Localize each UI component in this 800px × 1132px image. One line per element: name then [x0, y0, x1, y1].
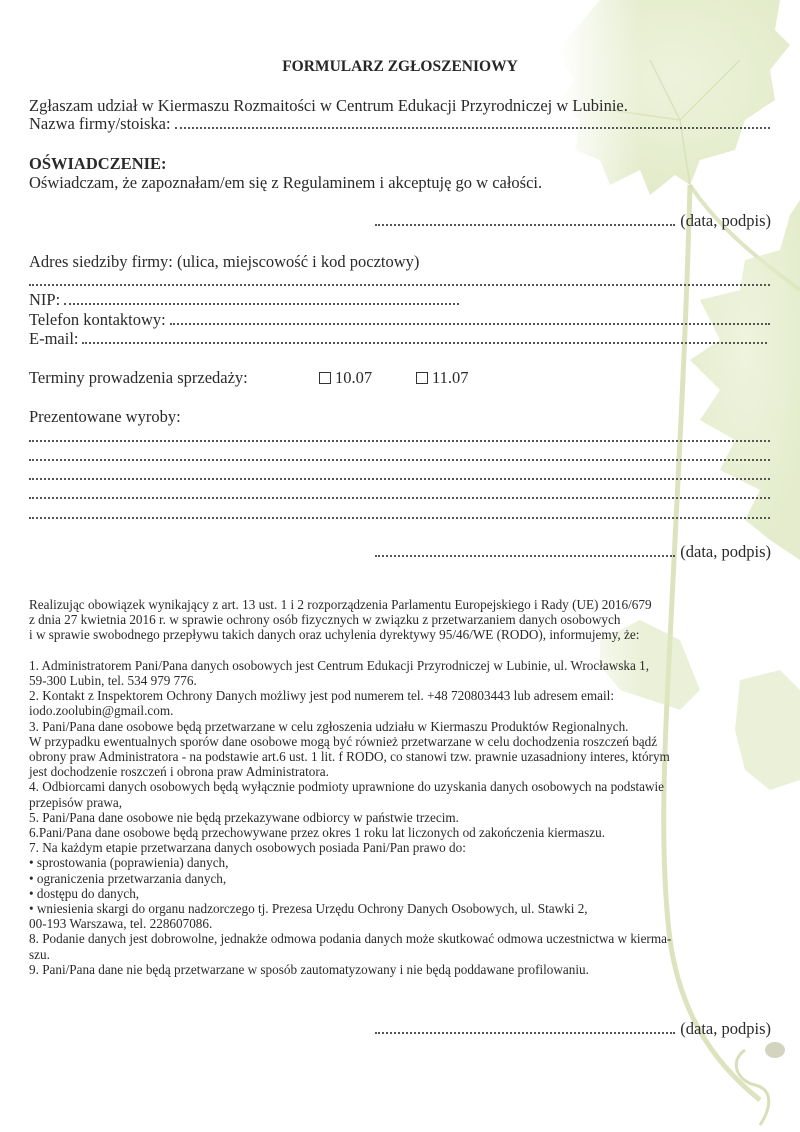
products-input-line[interactable]	[29, 485, 770, 499]
signature-line[interactable]	[375, 1020, 675, 1034]
company-name-field[interactable]: Nazwa firmy/stoiska:	[29, 115, 770, 133]
products-input-line[interactable]	[29, 505, 770, 519]
sale-dates-row: Terminy prowadzenia sprzedaży: 10.07 11.…	[29, 369, 248, 387]
rodo-point-line: 6.Pani/Pana dane osobowe będą przechowyw…	[29, 825, 789, 840]
nip-field[interactable]: NIP:	[29, 291, 459, 309]
rodo-point-line: jest dochodzenie roszczeń i obrona praw …	[29, 764, 789, 779]
address-label: Adres siedziby firmy: (ulica, miejscowoś…	[29, 253, 419, 271]
rodo-right-item: • ograniczenia przetwarzania danych,	[29, 871, 789, 886]
rodo-intro-line: z dnia 27 kwietnia 2016 r. w sprawie och…	[29, 612, 789, 627]
rodo-email-link[interactable]: iodo.zoolubin@gmail.com.	[29, 703, 789, 718]
signature-line[interactable]	[375, 212, 675, 226]
rodo-intro-line: Realizując obowiązek wynikający z art. 1…	[29, 597, 789, 612]
rodo-point-line: 5. Pani/Pana dane osobowe nie będą przek…	[29, 810, 789, 825]
rodo-point-line: 00-193 Warszawa, tel. 228607086.	[29, 916, 789, 931]
products-line-2[interactable]	[29, 447, 770, 461]
date-option-1[interactable]: 10.07	[319, 369, 372, 387]
products-label: Prezentowane wyroby:	[29, 408, 181, 426]
checkbox-icon[interactable]	[319, 372, 331, 384]
signature-label: (data, podpis)	[680, 543, 771, 561]
products-line-5[interactable]	[29, 505, 770, 519]
declaration-heading: OŚWIADCZENIE:	[29, 155, 167, 173]
signature-field-2[interactable]: (data, podpis)	[375, 543, 771, 561]
rodo-point-line: obrony praw Administratora - na podstawi…	[29, 749, 789, 764]
rodo-point-line: 9. Pani/Pana dane nie będą przetwarzane …	[29, 962, 789, 977]
rodo-point-line: 4. Odbiorcami danych osobowych będą wyłą…	[29, 779, 789, 794]
products-line-1[interactable]	[29, 428, 770, 442]
address-field[interactable]	[29, 272, 770, 286]
rodo-right-item: • sprostowania (poprawienia) danych,	[29, 855, 789, 870]
rodo-point-line: 1. Administratorem Pani/Pana danych osob…	[29, 658, 789, 673]
products-line-3[interactable]	[29, 466, 770, 480]
phone-label: Telefon kontaktowy:	[29, 311, 166, 329]
email-field[interactable]: E-mail:	[29, 330, 767, 348]
company-name-label: Nazwa firmy/stoiska:	[29, 115, 171, 133]
phone-field[interactable]: Telefon kontaktowy:	[29, 311, 770, 329]
intro-text: Zgłaszam udział w Kiermaszu Rozmaitości …	[29, 97, 628, 115]
rodo-point-line: 8. Podanie danych jest dobrowolne, jedna…	[29, 931, 789, 946]
nip-input-line[interactable]	[64, 291, 459, 305]
rodo-point-line: 7. Na każdym etapie przetwarzana danych …	[29, 840, 789, 855]
rodo-right-item: • wniesienia skargi do organu nadzorczeg…	[29, 901, 789, 916]
rodo-right-item: • dostępu do danych,	[29, 886, 789, 901]
products-input-line[interactable]	[29, 428, 770, 442]
email-input-line[interactable]	[82, 330, 767, 344]
signature-line[interactable]	[375, 543, 675, 557]
rodo-intro-line: i w sprawie swobodnego przepływu takich …	[29, 627, 789, 642]
rodo-point-line: przepisów prawa,	[29, 795, 789, 810]
rodo-point-line: 3. Pani/Pana dane osobowe będą przetwarz…	[29, 719, 789, 734]
rodo-point-line: szu.	[29, 947, 789, 962]
signature-label: (data, podpis)	[680, 212, 771, 230]
signature-field-3[interactable]: (data, podpis)	[375, 1020, 771, 1038]
products-line-4[interactable]	[29, 485, 770, 499]
declaration-text: Oświadczam, że zapoznałam/em się z Regul…	[29, 174, 542, 192]
checkbox-icon[interactable]	[416, 372, 428, 384]
application-form: FORMULARZ ZGŁOSZENIOWY Zgłaszam udział w…	[0, 0, 800, 1132]
signature-label: (data, podpis)	[680, 1020, 771, 1038]
signature-field-1[interactable]: (data, podpis)	[375, 212, 771, 230]
rodo-point-line: 59-300 Lubin, tel. 534 979 776.	[29, 673, 789, 688]
company-name-input-line[interactable]	[175, 115, 770, 129]
products-input-line[interactable]	[29, 466, 770, 480]
rodo-clause: Realizując obowiązek wynikający z art. 1…	[29, 597, 789, 977]
form-title: FORMULARZ ZGŁOSZENIOWY	[0, 58, 800, 76]
sale-dates-label: Terminy prowadzenia sprzedaży:	[29, 368, 248, 387]
rodo-point-line: 2. Kontakt z Inspektorem Ochrony Danych …	[29, 688, 789, 703]
phone-input-line[interactable]	[170, 311, 770, 325]
rodo-point-line: W przypadku ewentualnych sporów dane oso…	[29, 734, 789, 749]
products-input-line[interactable]	[29, 447, 770, 461]
nip-label: NIP:	[29, 291, 60, 309]
email-label: E-mail:	[29, 330, 78, 348]
address-input-line[interactable]	[29, 272, 770, 286]
date-option-2[interactable]: 11.07	[416, 369, 469, 387]
